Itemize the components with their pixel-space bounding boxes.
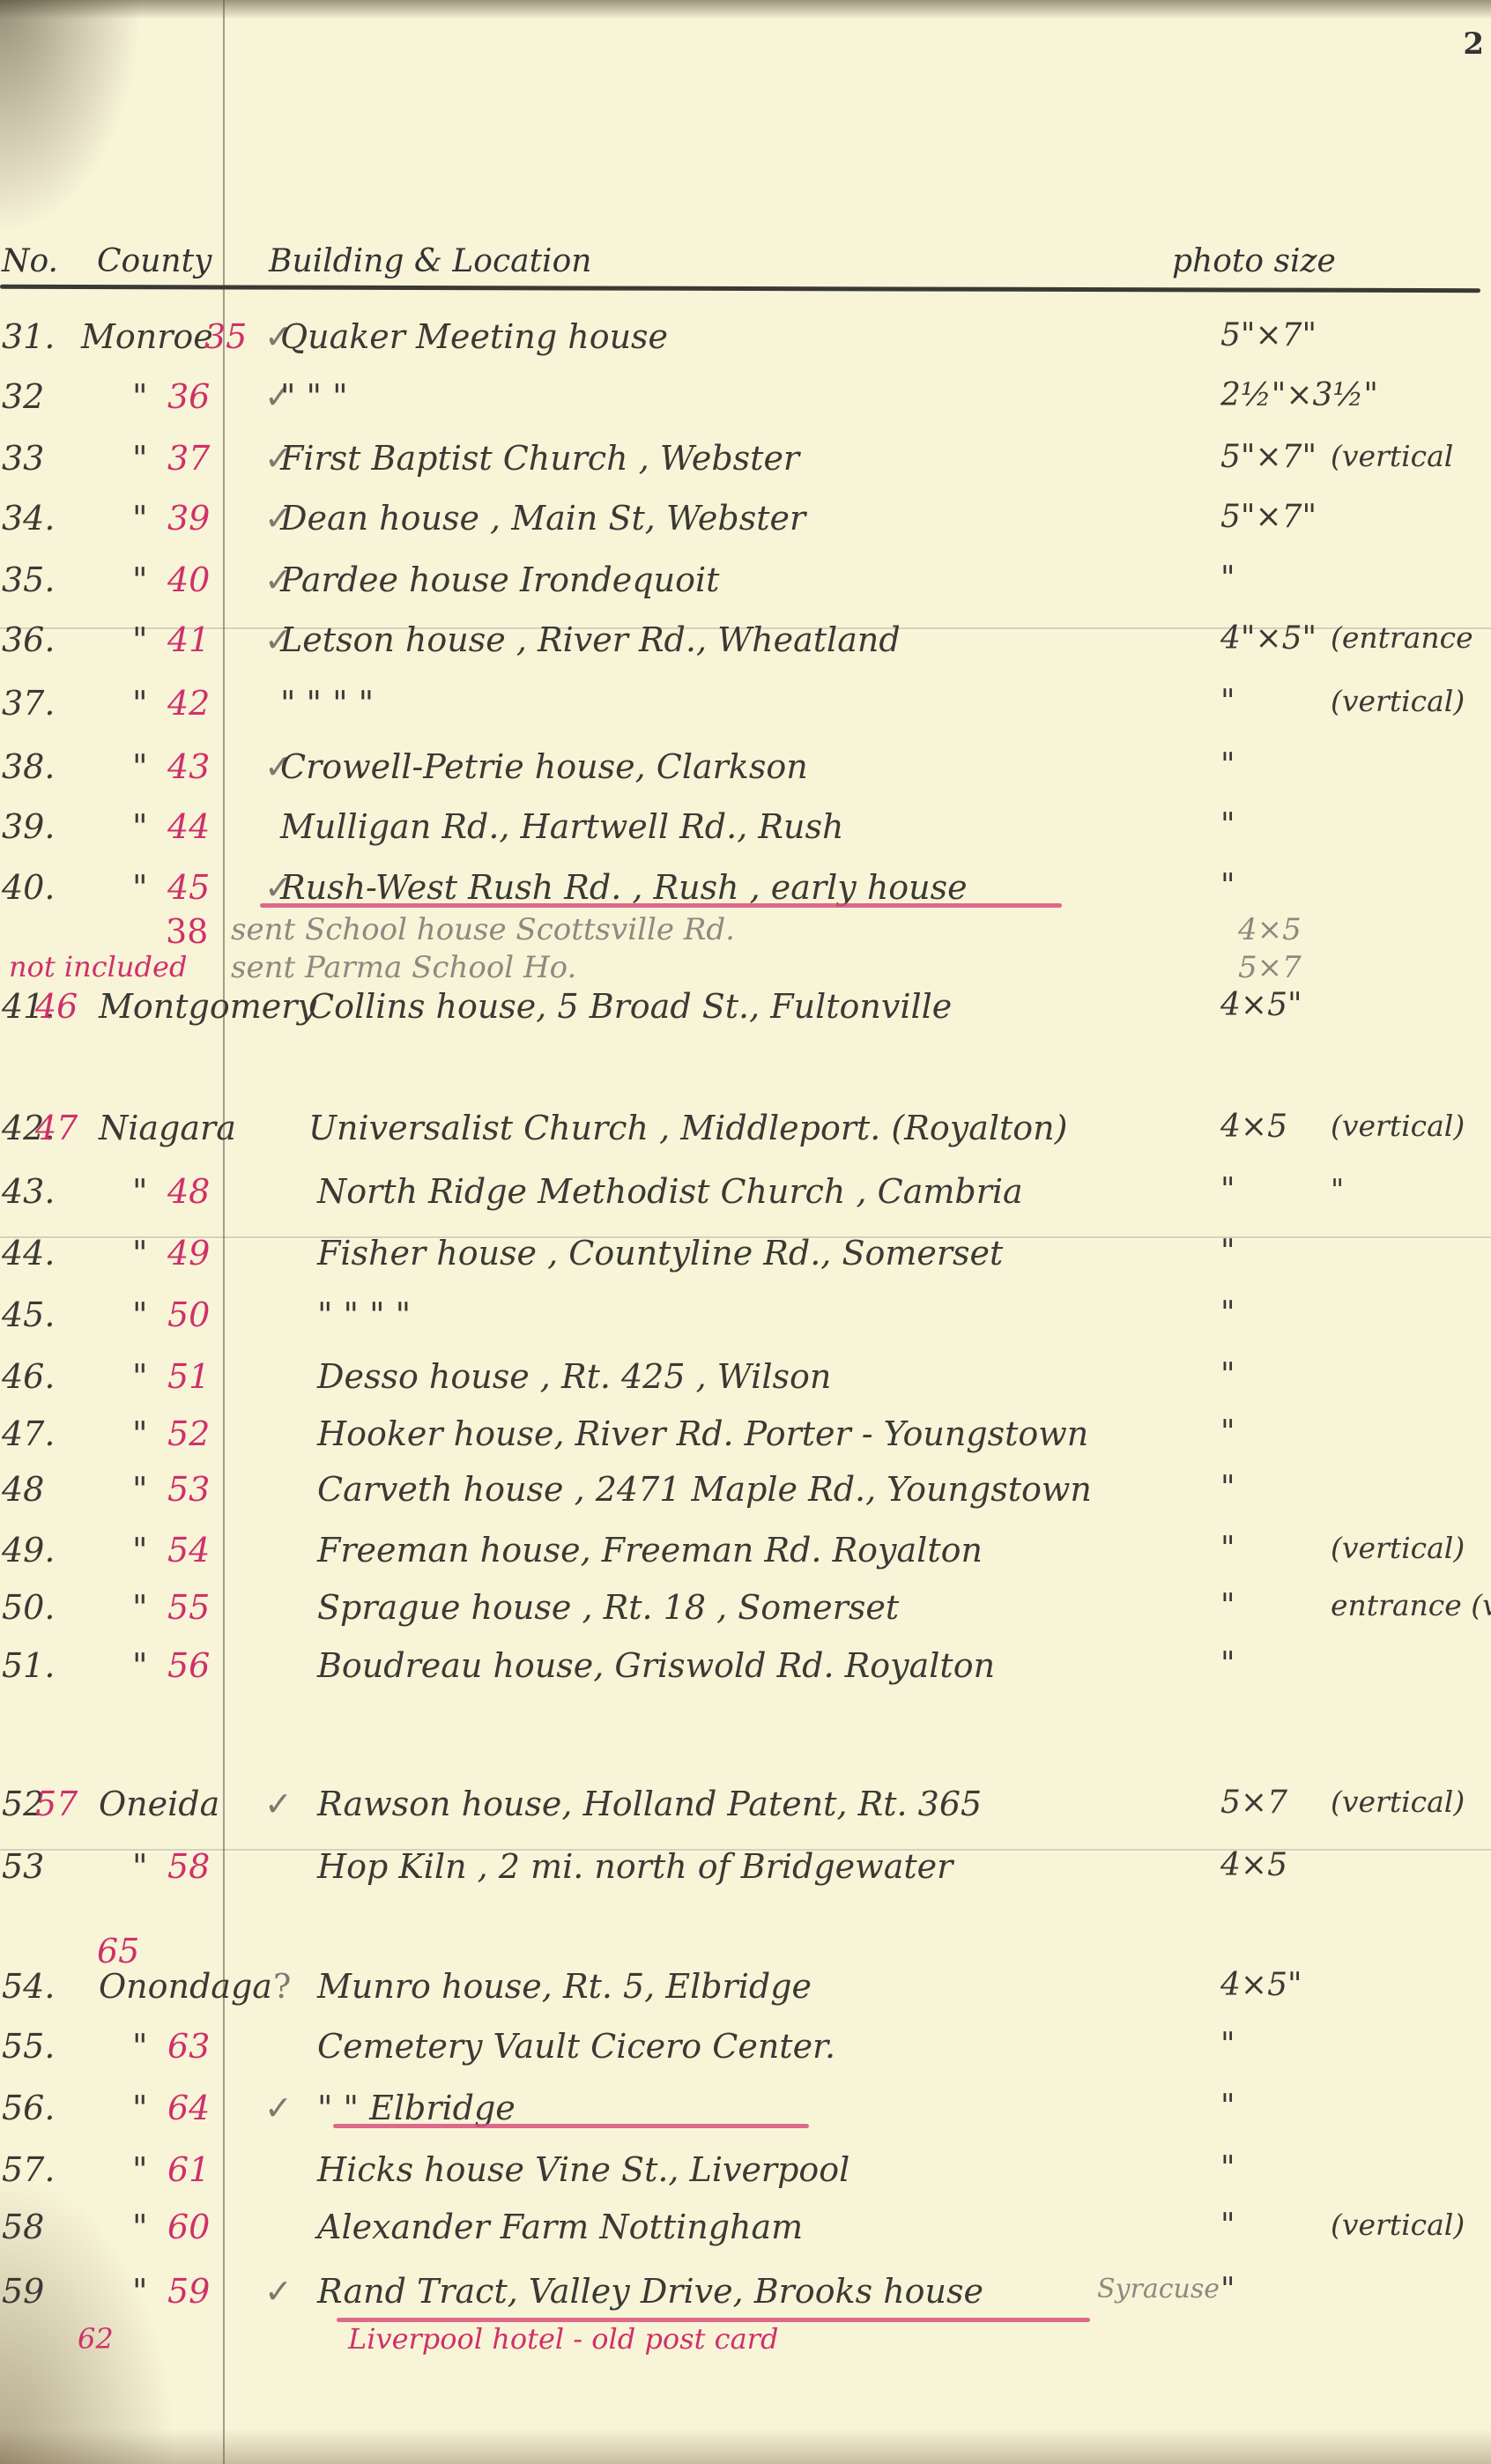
header-no: No. <box>2 243 58 279</box>
checkmark-icon: ✓ <box>264 1785 293 1823</box>
county: " <box>132 1295 147 1334</box>
entry-number: 54. <box>2 1967 55 2006</box>
entry-number: 51. <box>2 1646 55 1685</box>
photo-size: " <box>1220 1588 1235 1624</box>
building-location: Desso house , Rt. 425 , Wilson <box>317 1357 831 1396</box>
table-row: 46."51Desso house , Rt. 425 , Wilson" <box>0 1357 1491 1410</box>
annotation-ref: 38 <box>166 912 208 951</box>
table-row: 49."54Freeman house, Freeman Rd. Royalto… <box>0 1531 1491 1584</box>
reference-number: 47 <box>35 1109 78 1147</box>
orientation-note: (entrance <box>1331 620 1473 655</box>
table-row: 54.Onondaga65?Munro house, Rt. 5, Elbrid… <box>0 1967 1491 2020</box>
reference-number: 39 <box>167 499 210 538</box>
entry-number: 47. <box>2 1414 55 1453</box>
orientation-note: (vertical) <box>1331 2208 1465 2242</box>
county: " <box>132 2150 147 2189</box>
photo-size: 5×7 <box>1220 1785 1287 1821</box>
annotation-school-house: sent School house Scottsville Rd. <box>231 912 735 947</box>
table-row: 52Oneida57✓Rawson house, Holland Patent,… <box>0 1785 1491 1837</box>
photo-size: 5"×7" <box>1220 499 1317 535</box>
reference-number: 60 <box>167 2208 210 2246</box>
county: " <box>132 747 147 786</box>
reference-number: 49 <box>167 1234 210 1273</box>
table-row: 31.Monroe35✓Quaker Meeting house5"×7" <box>0 317 1491 370</box>
entry-number: 45. <box>2 1295 55 1334</box>
photo-size: " <box>1220 684 1235 720</box>
reference-number: 58 <box>167 1847 210 1886</box>
building-location: Sprague house , Rt. 18 , Somerset <box>317 1588 899 1627</box>
table-row: 56."64✓" " Elbridge" <box>0 2089 1491 2141</box>
reference-number: 35 <box>204 317 247 356</box>
entry-number: 48 <box>2 1470 44 1509</box>
reference-number: 63 <box>167 2027 210 2066</box>
entry-number: 56. <box>2 2089 55 2127</box>
building-location: " " " " <box>317 1295 411 1334</box>
red-underline <box>260 903 1062 908</box>
table-row: 42.Niagara47Universalist Church , Middle… <box>0 1109 1491 1161</box>
table-row: 47."52Hooker house, River Rd. Porter - Y… <box>0 1414 1491 1467</box>
building-location: " " Elbridge <box>317 2089 516 2127</box>
entry-number: 55. <box>2 2027 55 2066</box>
table-row: 43."48North Ridge Methodist Church , Cam… <box>0 1172 1491 1225</box>
photo-size: " <box>1220 1357 1235 1393</box>
photo-size: 4×5 <box>1220 1109 1287 1145</box>
county: Monroe <box>81 317 213 356</box>
table-row: 57."61Hicks house Vine St., Liverpool" <box>0 2150 1491 2203</box>
photo-size: " <box>1220 868 1235 904</box>
county: " <box>132 377 147 416</box>
building-location: Cemetery Vault Cicero Center. <box>317 2027 835 2066</box>
orientation-note: (vertical) <box>1331 1531 1465 1565</box>
county: " <box>132 1357 147 1396</box>
reference-number: 40 <box>167 560 210 599</box>
entry-number: 31. <box>2 317 55 356</box>
entry-number: 46. <box>2 1357 55 1396</box>
county: Oneida <box>99 1785 219 1823</box>
annotation-not-included: not included <box>9 950 187 983</box>
reference-number: 61 <box>167 2150 210 2189</box>
county: Niagara <box>99 1109 236 1147</box>
entry-number: 39. <box>2 807 55 846</box>
county: " <box>132 1172 147 1211</box>
photo-size: " <box>1220 1470 1235 1506</box>
building-location: Hooker house, River Rd. Porter - Youngst… <box>317 1414 1088 1453</box>
entry-number: 34. <box>2 499 55 538</box>
reference-number: 52 <box>167 1414 210 1453</box>
building-location: Fisher house , Countyline Rd., Somerset <box>317 1234 1003 1273</box>
reference-number: 56 <box>167 1646 210 1685</box>
photo-size: " <box>1220 2208 1235 2244</box>
reference-number: 57 <box>35 1785 78 1823</box>
table-row: 35."40✓Pardee house Irondequoit" <box>0 560 1491 613</box>
entry-number: 33 <box>2 439 44 478</box>
annotation-size: 4×5 <box>1238 912 1302 947</box>
reference-number: 44 <box>167 807 210 846</box>
building-location: North Ridge Methodist Church , Cambria <box>317 1172 1023 1211</box>
reference-number: 50 <box>167 1295 210 1334</box>
table-row: 37."42" " " ""(vertical) <box>0 684 1491 737</box>
annotation-syracuse: Syracuse <box>1097 2274 1220 2304</box>
reference-number: 45 <box>167 868 210 907</box>
annotation-parma: sent Parma School Ho. <box>231 950 576 985</box>
county: " <box>132 560 147 599</box>
reference-number: 53 <box>167 1470 210 1509</box>
annotation-row: Syracuse <box>0 2274 1491 2327</box>
county: " <box>132 1414 147 1453</box>
checkmark-icon: ? <box>273 1967 291 2006</box>
county: " <box>132 2027 147 2066</box>
photo-size: 4×5" <box>1220 1967 1302 2003</box>
county: " <box>132 1588 147 1627</box>
orientation-note: entrance (vertical) <box>1331 1588 1491 1622</box>
county: Onondaga <box>99 1967 272 2006</box>
red-underline <box>333 2124 809 2128</box>
county: " <box>132 1847 147 1886</box>
county: " <box>132 2089 147 2127</box>
building-location: Boudreau house, Griswold Rd. Royalton <box>317 1646 995 1685</box>
table-row: 48"53Carveth house , 2471 Maple Rd., You… <box>0 1470 1491 1523</box>
header-county: County <box>97 243 211 279</box>
county: " <box>132 684 147 723</box>
reference-number: 55 <box>167 1588 210 1627</box>
reference-number: 48 <box>167 1172 210 1211</box>
county: " <box>132 1470 147 1509</box>
building-location: Letson house , River Rd., Wheatland <box>280 620 901 659</box>
photo-size: " <box>1220 560 1235 597</box>
table-row: 39."44Mulligan Rd., Hartwell Rd., Rush" <box>0 807 1491 860</box>
entry-number: 50. <box>2 1588 55 1627</box>
table-row: 38."43✓Crowell-Petrie house, Clarkson" <box>0 747 1491 800</box>
annotation-row: not included sent Parma School Ho. 5×7 <box>0 950 1491 1003</box>
building-location: Mulligan Rd., Hartwell Rd., Rush <box>280 807 843 846</box>
annotation-hotel-ref: 62 <box>78 2322 114 2356</box>
building-location: " " " <box>280 377 348 416</box>
checkmark-icon: ✓ <box>264 2089 293 2127</box>
entry-number: 37. <box>2 684 55 723</box>
building-location: First Baptist Church , Webster <box>280 439 799 478</box>
building-location: Pardee house Irondequoit <box>280 560 719 599</box>
photo-size: " <box>1220 1234 1235 1270</box>
photo-size: " <box>1220 1414 1235 1451</box>
county: " <box>132 620 147 659</box>
county: " <box>132 439 147 478</box>
building-location: Quaker Meeting house <box>280 317 668 356</box>
orientation-note: " <box>1331 1172 1344 1206</box>
reference-number: 54 <box>167 1531 210 1570</box>
table-row: 45."50" " " "" <box>0 1295 1491 1348</box>
photo-size: " <box>1220 1295 1235 1332</box>
photo-size: 5"×7" <box>1220 317 1317 353</box>
header-photo-size: photo size <box>1172 243 1336 279</box>
photo-size: 4"×5" <box>1220 620 1317 657</box>
building-location: Dean house , Main St, Webster <box>280 499 805 538</box>
photo-size: " <box>1220 807 1235 843</box>
entry-number: 38. <box>2 747 55 786</box>
reference-number: 36 <box>167 377 210 416</box>
annotation-hotel: Liverpool hotel - old post card <box>348 2322 778 2356</box>
table-row: 53"58Hop Kiln , 2 mi. north of Bridgewat… <box>0 1847 1491 1900</box>
photo-size: " <box>1220 2027 1235 2063</box>
building-location: Alexander Farm Nottingham <box>317 2208 803 2246</box>
entry-number: 43. <box>2 1172 55 1211</box>
building-location: Hicks house Vine St., Liverpool <box>317 2150 849 2189</box>
table-row: 51."56Boudreau house, Griswold Rd. Royal… <box>0 1646 1491 1699</box>
county: " <box>132 868 147 907</box>
photo-size: " <box>1220 1172 1235 1208</box>
reference-number: 42 <box>167 684 210 723</box>
reference-number: 43 <box>167 747 210 786</box>
building-location: " " " " <box>280 684 374 723</box>
entry-number: 40. <box>2 868 55 907</box>
table-row: 33"37✓First Baptist Church , Webster5"×7… <box>0 439 1491 492</box>
table-row: 44."49Fisher house , Countyline Rd., Som… <box>0 1234 1491 1287</box>
entry-number: 53 <box>2 1847 44 1886</box>
reference-number: 65 <box>97 1932 139 1970</box>
photo-size: 5"×7" <box>1220 439 1317 475</box>
building-location: Universalist Church , Middleport. (Royal… <box>308 1109 1067 1147</box>
reference-number: 41 <box>167 620 210 659</box>
entry-number: 58 <box>2 2208 44 2246</box>
county: " <box>132 1234 147 1273</box>
building-location: Rush-West Rush Rd. , Rush , early house <box>280 868 968 907</box>
reference-number: 37 <box>167 439 210 478</box>
table-row: 32"36✓" " "2½"×3½" <box>0 377 1491 430</box>
county: " <box>132 1646 147 1685</box>
entry-number: 57. <box>2 2150 55 2189</box>
reference-number: 64 <box>167 2089 210 2127</box>
photo-size: 4×5 <box>1220 1847 1287 1883</box>
table-row: 36."41✓Letson house , River Rd., Wheatla… <box>0 620 1491 673</box>
reference-number: 51 <box>167 1357 210 1396</box>
county: " <box>132 499 147 538</box>
orientation-note: (vertical) <box>1331 1785 1465 1819</box>
table-row: 34."39✓Dean house , Main St, Webster5"×7… <box>0 499 1491 552</box>
photo-size: " <box>1220 1531 1235 1567</box>
county: " <box>132 807 147 846</box>
table-row: 58"60Alexander Farm Nottingham"(vertical… <box>0 2208 1491 2260</box>
building-location: Munro house, Rt. 5, Elbridge <box>317 1967 812 2006</box>
entry-number: 35. <box>2 560 55 599</box>
building-location: Crowell-Petrie house, Clarkson <box>280 747 808 786</box>
page-number: 2 <box>1463 26 1484 62</box>
photo-size: " <box>1220 747 1235 783</box>
building-location: Rawson house, Holland Patent, Rt. 365 <box>317 1785 982 1823</box>
photo-size: " <box>1220 1646 1235 1682</box>
photo-size: " <box>1220 2089 1235 2125</box>
photo-size: 2½"×3½" <box>1220 377 1378 413</box>
table-row: 55."63Cemetery Vault Cicero Center." <box>0 2027 1491 2080</box>
building-location: Freeman house, Freeman Rd. Royalton <box>317 1531 983 1570</box>
entry-number: 32 <box>2 377 44 416</box>
entry-number: 49. <box>2 1531 55 1570</box>
building-location: Hop Kiln , 2 mi. north of Bridgewater <box>317 1847 953 1886</box>
header-building: Building & Location <box>269 243 591 279</box>
county: " <box>132 2208 147 2246</box>
entry-number: 44. <box>2 1234 55 1273</box>
entry-number: 36. <box>2 620 55 659</box>
building-location: Carveth house , 2471 Maple Rd., Youngsto… <box>317 1470 1092 1509</box>
orientation-note: (vertical) <box>1331 684 1465 718</box>
county: " <box>132 1531 147 1570</box>
annotation-row: 62 Liverpool hotel - old post card <box>0 2322 1491 2375</box>
photo-size: " <box>1220 2150 1235 2186</box>
orientation-note: (vertical <box>1331 439 1453 473</box>
annotation-size: 5×7 <box>1238 950 1302 985</box>
table-row: 50."55Sprague house , Rt. 18 , Somerset"… <box>0 1588 1491 1641</box>
orientation-note: (vertical) <box>1331 1109 1465 1143</box>
